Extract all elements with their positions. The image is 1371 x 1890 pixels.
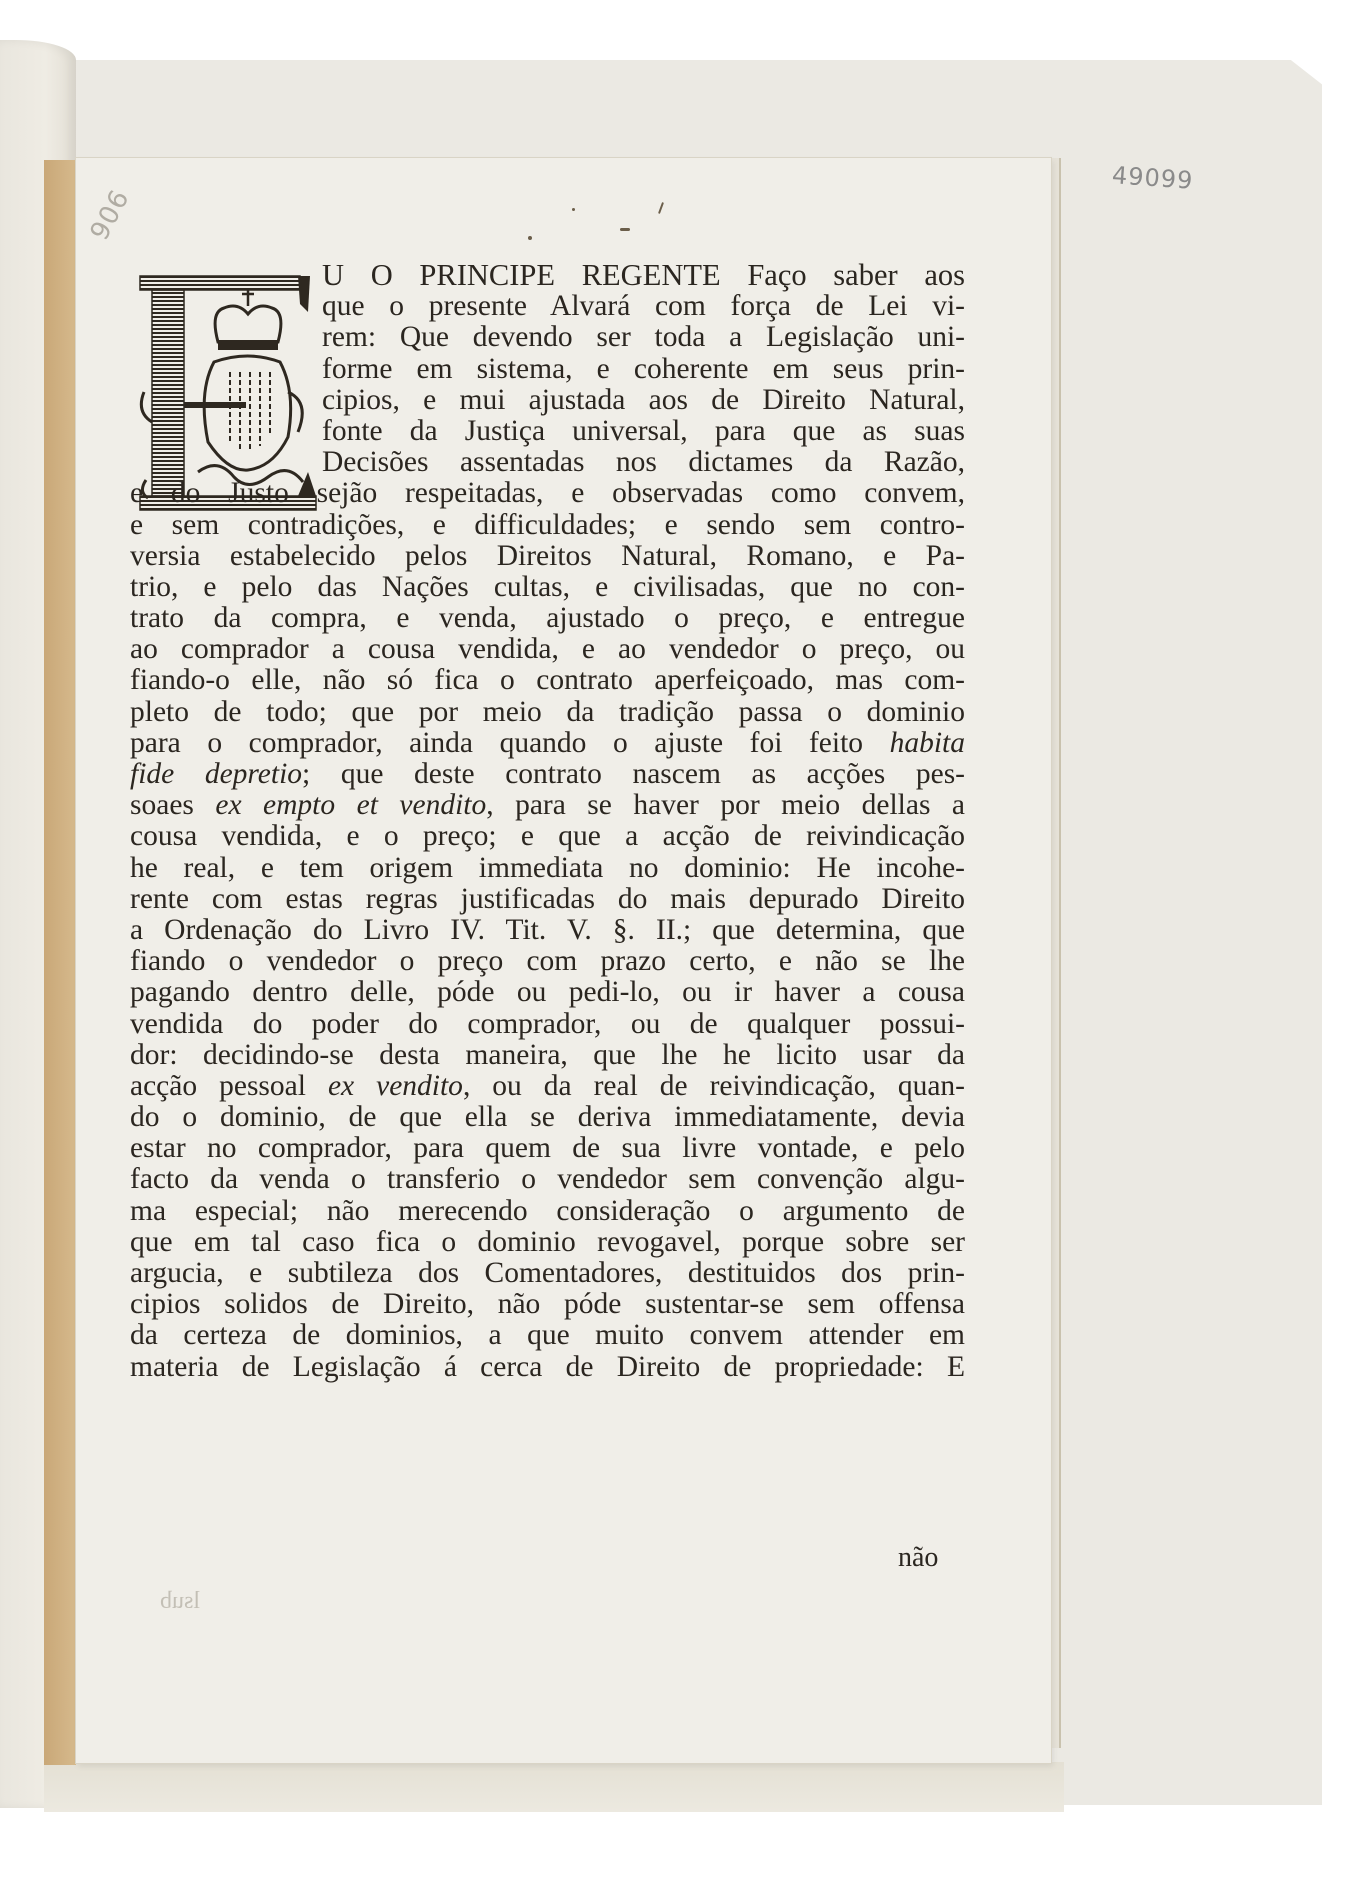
text-line: cousa vendida, e o preço; e que a acção … — [130, 821, 965, 852]
text-line: vendida do poder do comprador, ou de qua… — [130, 1009, 965, 1040]
latin-phrase: ex empto et vendito — [215, 789, 486, 821]
text-line: trio, e pelo das Nações cultas, e civili… — [130, 572, 965, 603]
stray-ink-marks — [520, 200, 820, 240]
text-line: he real, e tem origem immediata no domin… — [130, 853, 965, 884]
text-line: versia estabelecido pelos Direitos Natur… — [130, 541, 965, 572]
text-line: e sem contradições, e difficuldades; e s… — [130, 510, 965, 541]
text-line: que em tal caso fica o dominio revogavel… — [130, 1227, 965, 1258]
alvara-text-body: U O PRINCIPE REGENTE Faço saber aos que … — [130, 260, 965, 1383]
text-line: e do Justo sejão respeitadas, e observad… — [130, 478, 965, 509]
text-line: pagando dentro delle, póde ou pedi-lo, o… — [130, 977, 965, 1008]
text-line: soaes ex empto et vendito, para se haver… — [130, 790, 965, 821]
bleed-through-text: lsub — [160, 1588, 200, 1615]
latin-phrase: fide depretio — [130, 758, 302, 790]
text-line: fide depretio; que deste contrato nascem… — [130, 759, 965, 790]
text-line: ao comprador a cousa vendida, e ao vende… — [130, 634, 965, 665]
text-line: da certeza de dominios, a que muito conv… — [130, 1320, 965, 1351]
text-line: cipios, e mui ajustada aos de Direito Na… — [322, 385, 965, 416]
text-line: a Ordenação do Livro IV. Tit. V. §. II.;… — [130, 915, 965, 946]
binding-strip — [44, 1762, 1064, 1812]
text-line: rente com estas regras justificadas do m… — [130, 884, 965, 915]
text-line: estar no comprador, para quem de sua liv… — [130, 1133, 965, 1164]
text-line: fiando o vendedor o preço com prazo cert… — [130, 946, 965, 977]
text-line: dor: decidindo-se desta maneira, que lhe… — [130, 1040, 965, 1071]
text-line: U O PRINCIPE REGENTE Faço saber aos — [322, 260, 965, 291]
hinge-tape — [44, 160, 76, 1765]
pencil-inventory-number: 49099 — [1111, 161, 1194, 195]
text-line: que o presente Alvará com força de Lei v… — [322, 291, 965, 322]
text-line: materia de Legislação á cerca de Direito… — [130, 1352, 965, 1383]
text-line: rem: Que devendo ser toda a Legislação u… — [322, 322, 965, 353]
text-line: do o dominio, de que ella se deriva imme… — [130, 1102, 965, 1133]
sheet-edge — [1051, 158, 1061, 1748]
text-line: pleto de todo; que por meio da tradição … — [130, 697, 965, 728]
text-line: trato da compra, e venda, ajustado o pre… — [130, 603, 965, 634]
text-line: fiando-o elle, não só fica o contrato ap… — [130, 665, 965, 696]
text-line: Decisões assentadas nos dictames da Razã… — [322, 447, 965, 478]
text-line: argucia, e subtileza dos Comentadores, d… — [130, 1258, 965, 1289]
text-line: forme em sistema, e coherente em seus pr… — [322, 354, 965, 385]
text-line: cipios solidos de Direito, não póde sust… — [130, 1289, 965, 1320]
text-line: facto da venda o transferio o vendedor s… — [130, 1164, 965, 1195]
latin-phrase: ex vendito — [328, 1070, 463, 1102]
text-line: fonte da Justiça universal, para que as … — [322, 416, 965, 447]
text-line: para o comprador, ainda quando o ajuste … — [130, 728, 965, 759]
catchword: não — [898, 1542, 938, 1574]
text-line: ma especial; não merecendo consideração … — [130, 1196, 965, 1227]
text-line: acção pessoal ex vendito, ou da real de … — [130, 1071, 965, 1102]
latin-phrase: habita — [890, 727, 965, 759]
